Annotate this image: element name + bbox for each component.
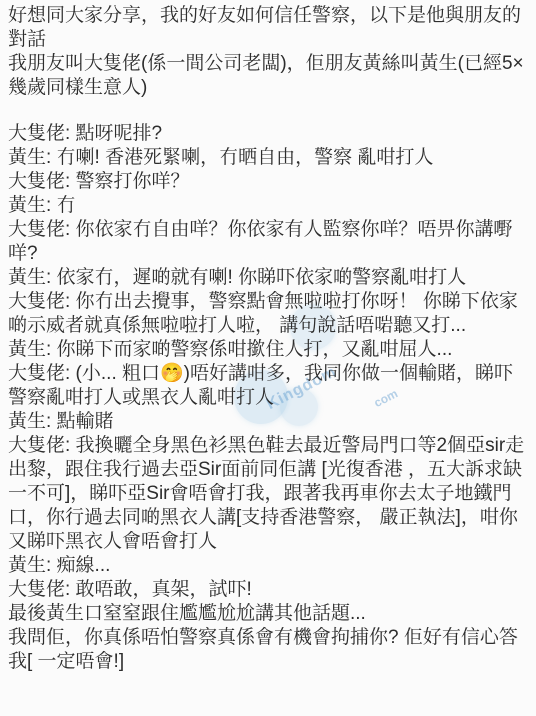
dialogue-line: 黃生: 冇 [8, 194, 528, 218]
closing-paragraph-1: 最後黃生口窒窒跟住尷尷尬尬講其他話題... [8, 602, 528, 626]
dialogue-line: 黃生: 點輸賭 [8, 410, 528, 434]
dialogue-block: 大隻佬: 點呀呢排? 黃生: 冇喇! 香港死緊喇，冇晒自由，警察 亂咁打人 大隻… [8, 122, 528, 602]
dialogue-line: 大隻佬: 你依家冇自由咩？你依家有人監察你咩？唔畀你講嘢咩? [8, 218, 528, 266]
dialogue-line: 大隻佬: 你冇出去攪事，警察點會無啦啦打你呀！ 你睇下依家啲示威者就真係無啦啦打… [8, 290, 528, 338]
dialogue-line: 大隻佬: 警察打你咩？ [8, 170, 528, 194]
dialogue-line: 大隻佬: 敢唔敢，真架，試吓! [8, 578, 528, 602]
dialogue-line: 黃生: 依家冇，遲啲就有喇! 你睇吓依家啲警察亂咁打人 [8, 266, 528, 290]
screenshot-root: { "intro": { "line1": "好想同大家分享，我的好友如何信任警… [0, 0, 536, 716]
dialogue-line: 大隻佬: (小... 粗口🤭)唔好講咁多，我同你做一個輸賭，睇吓警察亂咁打人或黑… [8, 362, 528, 410]
dialogue-line: 黃生: 你睇下而家啲警察係咁撳住人打，又亂咁屈人... [8, 338, 528, 362]
closing-paragraph-2: 我問佢，你真係唔怕警察真係會有機會拘捕你? 佢好有信心答我[ 一定唔會!] [8, 626, 528, 674]
post-body: 好想同大家分享，我的好友如何信任警察，以下是他與朋友的對話 我朋友叫大隻佬(係一… [0, 0, 536, 674]
dialogue-line: 黃生: 痴線... [8, 554, 528, 578]
intro-paragraph-1: 好想同大家分享，我的好友如何信任警察，以下是他與朋友的對話 [8, 4, 528, 52]
dialogue-line: 黃生: 冇喇! 香港死緊喇，冇晒自由，警察 亂咁打人 [8, 146, 528, 170]
dialogue-line: 大隻佬: 點呀呢排? [8, 122, 528, 146]
dialogue-line: 大隻佬: 我換曬全身黑色衫黑色鞋去最近警局門口等2個亞sir走出黎，跟住我行過去… [8, 434, 528, 554]
intro-paragraph-2: 我朋友叫大隻佬(係一間公司老闆)，佢朋友黃絲叫黃生(已經5×幾歲同樣生意人) [8, 52, 528, 100]
